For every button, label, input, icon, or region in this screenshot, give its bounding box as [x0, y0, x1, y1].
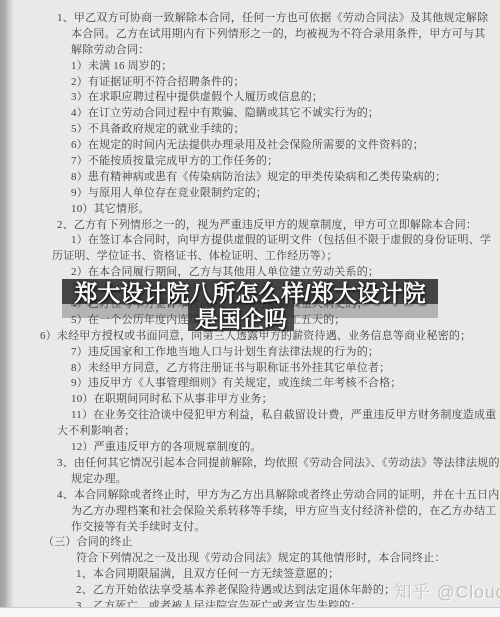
contract-row: 9）与原用人单位存在竞业限制约定的；	[0, 186, 500, 202]
bottom-bar	[0, 607, 500, 617]
contract-row: 2、乙方有下列情形之一的，视为严重违反甲方的规章制度，甲方可立即解除本合同：	[0, 218, 500, 234]
contract-row: 符合下列情况之一及出现《劳动合同法》规定的其他情形时，本合同终止：	[0, 551, 500, 567]
contract-row: 10）其它情形。	[0, 202, 500, 218]
contract-row: 本合同。乙方在试用期内有下列情形之一的，均被视为不符合录用条件，甲方可与其	[0, 27, 500, 43]
contract-row: 12）严重违反甲方的各项规章制度的。	[0, 440, 500, 456]
contract-row: 11）在业务交往洽谈中侵犯甲方利益，私自截留设计费，严重违反甲方财务制度造成重	[0, 408, 500, 424]
zhihu-watermark: 知乎 @Cloud	[394, 579, 500, 604]
contract-row: 4）在订立劳动合同过程中有欺骗、隐瞒或其它不诚实行为的；	[0, 106, 500, 122]
contract-row: 7）违反国家和工作地当地人口与计划生育法律法规的行为的；	[0, 345, 500, 361]
contract-row: 作交接等有关手续时支付。	[0, 520, 500, 536]
contract-row: 1）在签订本合同时，向甲方提供虚假的证明文件（包括但不限于虚假的身份证明、学	[0, 233, 500, 249]
contract-row: 规定办理。	[0, 472, 500, 488]
contract-row: 10）在职期间同时私下从事非甲方业务；	[0, 392, 500, 408]
overlay-title-line2: 是国企吗	[195, 301, 287, 334]
contract-row: 历证明、学位证书、资格证书、体检证明、工作经历等）；	[0, 249, 500, 265]
overlay-banner-line2: 是国企吗	[188, 304, 294, 331]
contract-row: 3）在求职应聘过程中提供虚假个人履历或信息的；	[0, 90, 500, 106]
contract-row: 1）未满 16 周岁的；	[0, 59, 500, 75]
contract-row: 7）不能按质按量完成甲方的工作任务的；	[0, 154, 500, 170]
page: 1、甲乙双方可协商一致解除本合同，任何一方也可依据《劳动合同法》及其他规定解除本…	[0, 0, 500, 617]
contract-row: 大不利影响者；	[0, 424, 500, 440]
contract-row: 为乙方办理档案和社会保险关系转移等手续，甲方应当支付经济补偿的，在乙方办结工	[0, 504, 500, 520]
contract-row: 1、甲乙双方可协商一致解除本合同，任何一方也可依据《劳动合同法》及其他规定解除	[0, 11, 500, 27]
contract-row: 8）患有精神病或患有《传染病防治法》规定的甲类传染病和乙类传染病的；	[0, 170, 500, 186]
contract-row: 8）未经甲方同意，乙方将注册证书与职称证书外挂其它单位者；	[0, 361, 500, 377]
contract-row: 2）有证据证明不符合招聘条件的；	[0, 75, 500, 91]
contract-row: 解除劳动合同：	[0, 43, 500, 59]
contract-row: （三）合同的终止	[0, 535, 500, 551]
contract-row: 9）违反甲方《人事管理细则》有关规定，或连续二年考核不合格；	[0, 376, 500, 392]
contract-row: 5）不具备政府规定的就业手续的；	[0, 122, 500, 138]
contract-row: 6）在规定的时间内无法提供办理录用及社会保险所需要的文件资料的；	[0, 138, 500, 154]
contract-row: 4、本合同解除或者终止时，甲方为乙方出具解除或者终止劳动合同的证明，并在十五日内	[0, 488, 500, 504]
contract-row: 3、由任何其它情况引起本合同提前解除，均依照《劳动合同法》、《劳动法》等法律法规…	[0, 456, 500, 472]
